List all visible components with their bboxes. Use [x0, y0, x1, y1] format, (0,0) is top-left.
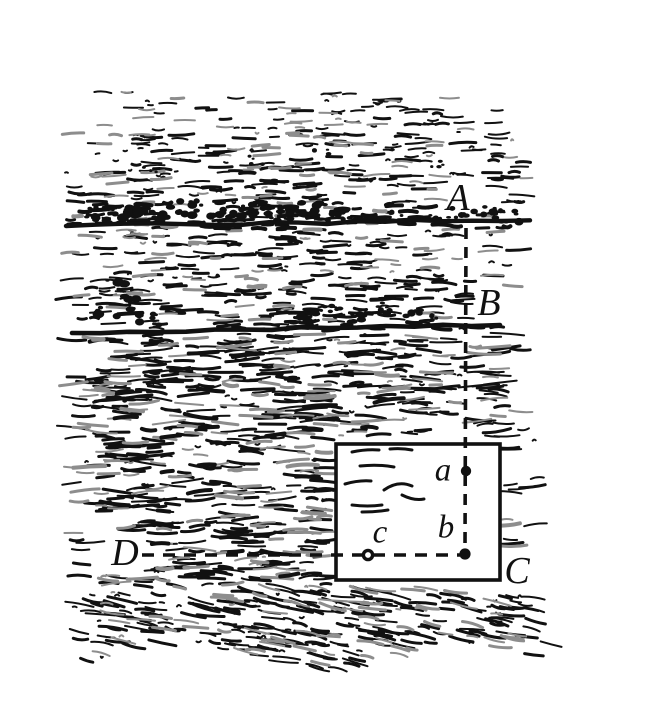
- point-c-ring: [363, 550, 372, 559]
- label-A: A: [446, 179, 469, 217]
- point-a-dot: [461, 466, 471, 476]
- label-a: a: [435, 455, 452, 488]
- label-B: B: [477, 284, 500, 322]
- label-C: C: [504, 552, 529, 590]
- engraving-figure: A B C D a b c: [0, 0, 669, 706]
- landscape-engraving: [0, 0, 669, 706]
- point-b-dot: [459, 548, 470, 559]
- landscape-texture: [56, 91, 562, 671]
- sight-line-A-b-dashed: [465, 228, 466, 550]
- label-b: b: [438, 512, 455, 545]
- label-c: c: [373, 517, 388, 550]
- label-D: D: [111, 534, 138, 572]
